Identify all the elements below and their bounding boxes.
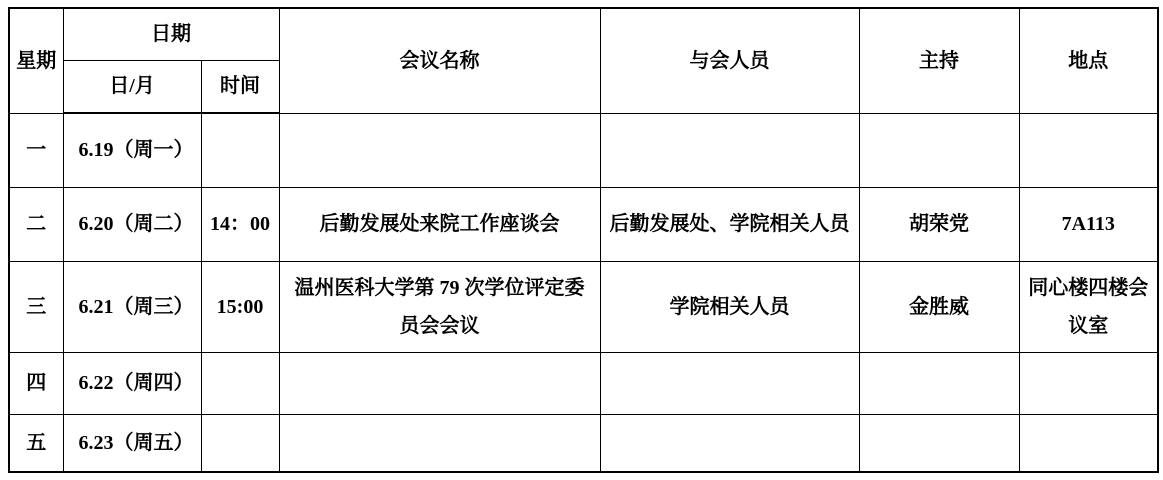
cell-meeting-name — [279, 352, 600, 414]
header-meeting-name: 会议名称 — [279, 8, 600, 113]
cell-time — [201, 113, 279, 187]
cell-week: 二 — [9, 187, 63, 261]
cell-date: 6.23（周五） — [63, 414, 201, 472]
cell-location — [1019, 113, 1158, 187]
document-page: 星期 日期 会议名称 与会人员 主持 地点 日/月 时间 一 6.19（周一） — [0, 0, 1163, 480]
cell-attendees: 后勤发展处、学院相关人员 — [600, 187, 859, 261]
cell-time: 15:00 — [201, 261, 279, 352]
cell-date: 6.19（周一） — [63, 113, 201, 187]
cell-attendees — [600, 113, 859, 187]
header-host: 主持 — [859, 8, 1019, 113]
cell-attendees — [600, 414, 859, 472]
cell-host: 胡荣党 — [859, 187, 1019, 261]
meeting-schedule-table: 星期 日期 会议名称 与会人员 主持 地点 日/月 时间 一 6.19（周一） — [8, 7, 1159, 473]
header-date-group: 日期 — [63, 8, 279, 60]
cell-week: 三 — [9, 261, 63, 352]
cell-attendees: 学院相关人员 — [600, 261, 859, 352]
cell-date: 6.21（周三） — [63, 261, 201, 352]
cell-location — [1019, 414, 1158, 472]
cell-time — [201, 414, 279, 472]
cell-host — [859, 414, 1019, 472]
table-row-tuesday: 二 6.20（周二） 14：00 后勤发展处来院工作座谈会 后勤发展处、学院相关… — [9, 187, 1158, 261]
table-row-friday: 五 6.23（周五） — [9, 414, 1158, 472]
cell-time — [201, 352, 279, 414]
cell-meeting-name — [279, 113, 600, 187]
cell-week: 一 — [9, 113, 63, 187]
cell-meeting-name: 温州医科大学第 79 次学位评定委员会会议 — [279, 261, 600, 352]
cell-location — [1019, 352, 1158, 414]
cell-host: 金胜威 — [859, 261, 1019, 352]
cell-time: 14：00 — [201, 187, 279, 261]
table-row-monday: 一 6.19（周一） — [9, 113, 1158, 187]
cell-date: 6.22（周四） — [63, 352, 201, 414]
header-week: 星期 — [9, 8, 63, 113]
cell-date: 6.20（周二） — [63, 187, 201, 261]
header-location: 地点 — [1019, 8, 1158, 113]
cell-meeting-name — [279, 414, 600, 472]
header-day-month: 日/月 — [63, 60, 201, 113]
cell-meeting-name: 后勤发展处来院工作座谈会 — [279, 187, 600, 261]
table-row-wednesday: 三 6.21（周三） 15:00 温州医科大学第 79 次学位评定委员会会议 学… — [9, 261, 1158, 352]
cell-location: 7A113 — [1019, 187, 1158, 261]
cell-host — [859, 113, 1019, 187]
header-row-top: 星期 日期 会议名称 与会人员 主持 地点 — [9, 8, 1158, 60]
cell-week: 五 — [9, 414, 63, 472]
cell-week: 四 — [9, 352, 63, 414]
cell-attendees — [600, 352, 859, 414]
cell-host — [859, 352, 1019, 414]
header-time: 时间 — [201, 60, 279, 113]
header-attendees: 与会人员 — [600, 8, 859, 113]
table-row-thursday: 四 6.22（周四） — [9, 352, 1158, 414]
cell-location: 同心楼四楼会议室 — [1019, 261, 1158, 352]
